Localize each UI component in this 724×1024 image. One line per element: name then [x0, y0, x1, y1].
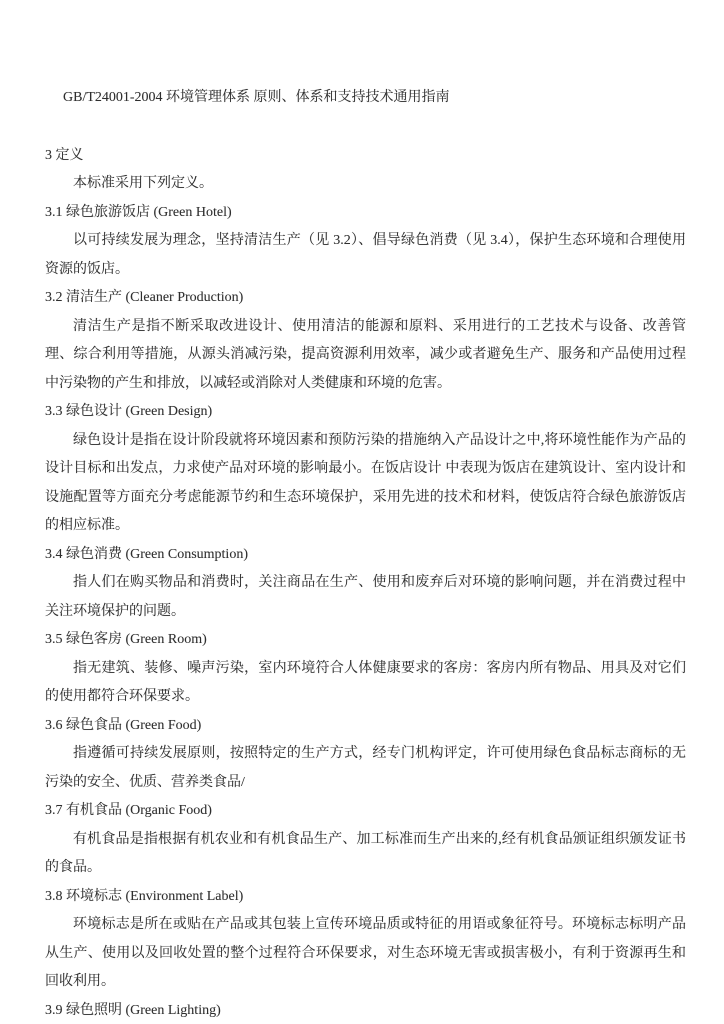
- definition-item-3-9: 3.9 绿色照明 (Green Lighting): [45, 997, 686, 1024]
- definition-item-3-5: 3.5 绿色客房 (Green Room) 指无建筑、装修、噪声污染，室内环境符…: [45, 626, 686, 712]
- definition-heading: 3.6 绿色食品 (Green Food): [45, 712, 686, 741]
- definition-item-3-7: 3.7 有机食品 (Organic Food) 有机食品是指根据有机农业和有机食…: [45, 797, 686, 883]
- definition-body: 指遵循可持续发展原则，按照特定的生产方式，经专门机构评定，许可使用绿色食品标志商…: [45, 740, 686, 797]
- definition-heading: 3.9 绿色照明 (Green Lighting): [45, 997, 686, 1024]
- definition-heading: 3.4 绿色消费 (Green Consumption): [45, 541, 686, 570]
- definition-item-3-6: 3.6 绿色食品 (Green Food) 指遵循可持续发展原则，按照特定的生产…: [45, 712, 686, 798]
- definition-body: 环境标志是所在或贴在产品或其包装上宣传环境品质或特征的用语或象征符号。环境标志标…: [45, 911, 686, 997]
- section-heading: 3 定义: [45, 142, 686, 171]
- definition-item-3-8: 3.8 环境标志 (Environment Label) 环境标志是所在或贴在产…: [45, 883, 686, 997]
- section-intro: 本标准采用下列定义。: [45, 170, 686, 199]
- definition-item-3-4: 3.4 绿色消费 (Green Consumption) 指人们在购买物品和消费…: [45, 541, 686, 627]
- document-page: GB/T24001-2004 环境管理体系 原则、体系和支持技术通用指南 3 定…: [0, 0, 724, 1024]
- definition-item-3-1: 3.1 绿色旅游饭店 (Green Hotel) 以可持续发展为理念，坚持清洁生…: [45, 199, 686, 285]
- definition-body: 以可持续发展为理念，坚持清洁生产（见 3.2）、倡导绿色消费（见 3.4），保护…: [45, 227, 686, 284]
- document-header-title: GB/T24001-2004 环境管理体系 原则、体系和支持技术通用指南: [45, 84, 686, 113]
- definition-heading: 3.5 绿色客房 (Green Room): [45, 626, 686, 655]
- definition-heading: 3.8 环境标志 (Environment Label): [45, 883, 686, 912]
- definition-heading: 3.7 有机食品 (Organic Food): [45, 797, 686, 826]
- definition-item-3-3: 3.3 绿色设计 (Green Design) 绿色设计是指在设计阶段就将环境因…: [45, 398, 686, 541]
- definition-body: 指人们在购买物品和消费时，关注商品在生产、使用和废弃后对环境的影响问题，并在消费…: [45, 569, 686, 626]
- definition-body: 指无建筑、装修、噪声污染，室内环境符合人体健康要求的客房：客房内所有物品、用具及…: [45, 655, 686, 712]
- definition-heading: 3.3 绿色设计 (Green Design): [45, 398, 686, 427]
- definition-body: 绿色设计是指在设计阶段就将环境因素和预防污染的措施纳入产品设计之中,将环境性能作…: [45, 427, 686, 541]
- definition-item-3-2: 3.2 清洁生产 (Cleaner Production) 清洁生产是指不断采取…: [45, 284, 686, 398]
- definition-body: 有机食品是指根据有机农业和有机食品生产、加工标准而生产出来的,经有机食品颁证组织…: [45, 826, 686, 883]
- definition-heading: 3.1 绿色旅游饭店 (Green Hotel): [45, 199, 686, 228]
- definition-heading: 3.2 清洁生产 (Cleaner Production): [45, 284, 686, 313]
- definition-body: 清洁生产是指不断采取改进设计、使用清洁的能源和原料、采用进行的工艺技术与设备、改…: [45, 313, 686, 399]
